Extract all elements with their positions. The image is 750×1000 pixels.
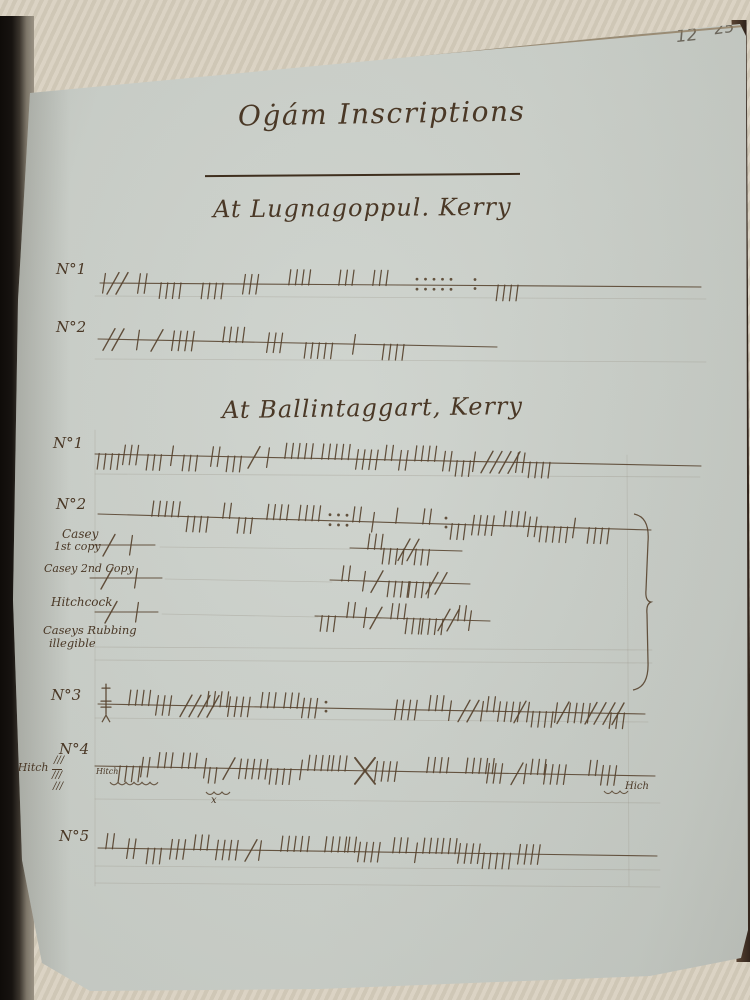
- margin-hitch-strokes-1: ///: [54, 756, 64, 766]
- page-content: 12 25 Oġám Inscriptions At Lugnagoppul. …: [0, 0, 750, 1000]
- margin-hitch-strokes-3: ///: [53, 782, 63, 792]
- label-illegible: illegible: [49, 638, 96, 650]
- label-casey-2nd-copy: Casey 2nd Copy: [44, 563, 134, 574]
- inline-note-x: x: [211, 796, 217, 806]
- margin-hitch-strokes-2: ///: [52, 769, 62, 781]
- inline-note-hich-right: Hich: [625, 782, 649, 792]
- ogham-strokes-layer: [0, 0, 750, 1000]
- page-title: Oġám Inscriptions: [238, 97, 526, 130]
- inline-note-hitch-left: Hitch: [96, 768, 118, 776]
- label-ballintaggart-no2: N°2: [56, 497, 86, 512]
- photographed-book-page: 12 25 Oġám Inscriptions At Lugnagoppul. …: [0, 0, 750, 1000]
- label-no5: N°5: [59, 829, 89, 844]
- label-no3: N°3: [51, 688, 81, 703]
- manuscript-page: 12 25 Oġám Inscriptions At Lugnagoppul. …: [0, 0, 750, 1000]
- label-lugnagoppul-no2: N°2: [56, 320, 86, 335]
- label-ballintaggart-no1: N°1: [53, 436, 83, 451]
- label-hitchcock: Hitchcock: [51, 596, 113, 608]
- label-caseys-rubbing: Caseys Rubbing: [43, 625, 137, 637]
- label-casey-1st-copy: 1st copy: [54, 541, 101, 552]
- label-lugnagoppul-no1: N°1: [56, 262, 86, 277]
- heading-ballintaggart: At Ballintaggart, Kerry: [222, 394, 523, 422]
- heading-lugnagoppul: At Lugnagoppul. Kerry: [213, 195, 512, 222]
- label-casey: Casey: [62, 528, 98, 540]
